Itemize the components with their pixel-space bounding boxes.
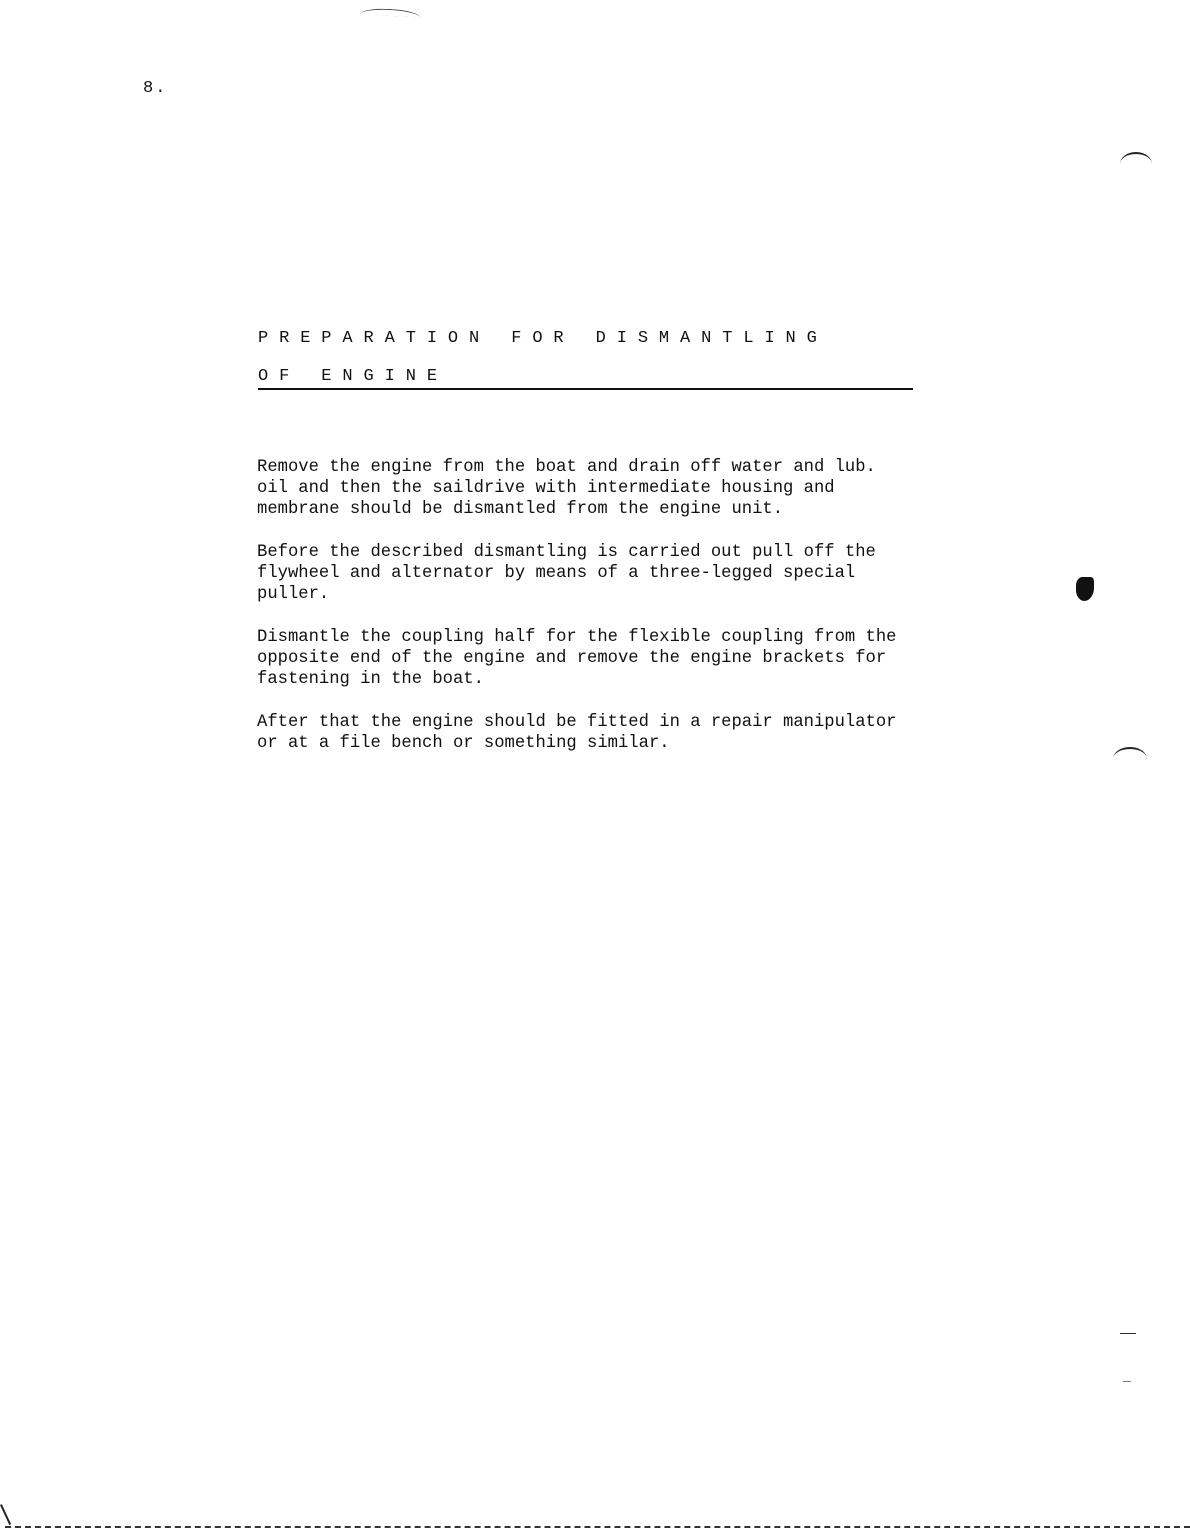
scan-mark-arc-lower: [1113, 747, 1147, 759]
scan-mark-arc-upper: [1120, 152, 1152, 164]
paragraph-remove-engine: Remove the engine from the boat and drai…: [257, 457, 1077, 520]
heading-line-2-underlined: OF ENGINE: [258, 366, 913, 390]
paragraph-flywheel-puller: Before the described dismantling is carr…: [257, 542, 1077, 605]
scan-bottom-edge: [5, 1526, 1190, 1528]
heading-line-1: PREPARATION FOR DISMANTLING: [258, 328, 913, 350]
body-text: Remove the engine from the boat and drai…: [257, 457, 1077, 776]
scan-corner-tick: [0, 1504, 11, 1525]
scan-mark-dash-small: [1123, 1381, 1131, 1384]
section-heading: PREPARATION FOR DISMANTLING OF ENGINE: [258, 328, 913, 390]
scan-mark-dash: [1120, 1333, 1136, 1336]
page-number: 8.: [143, 79, 167, 98]
scan-mark-top: [360, 7, 420, 17]
binder-hole-mark: [1076, 577, 1094, 601]
paragraph-repair-manipulator: After that the engine should be fitted i…: [257, 712, 1077, 754]
paragraph-coupling-brackets: Dismantle the coupling half for the flex…: [257, 627, 1077, 690]
